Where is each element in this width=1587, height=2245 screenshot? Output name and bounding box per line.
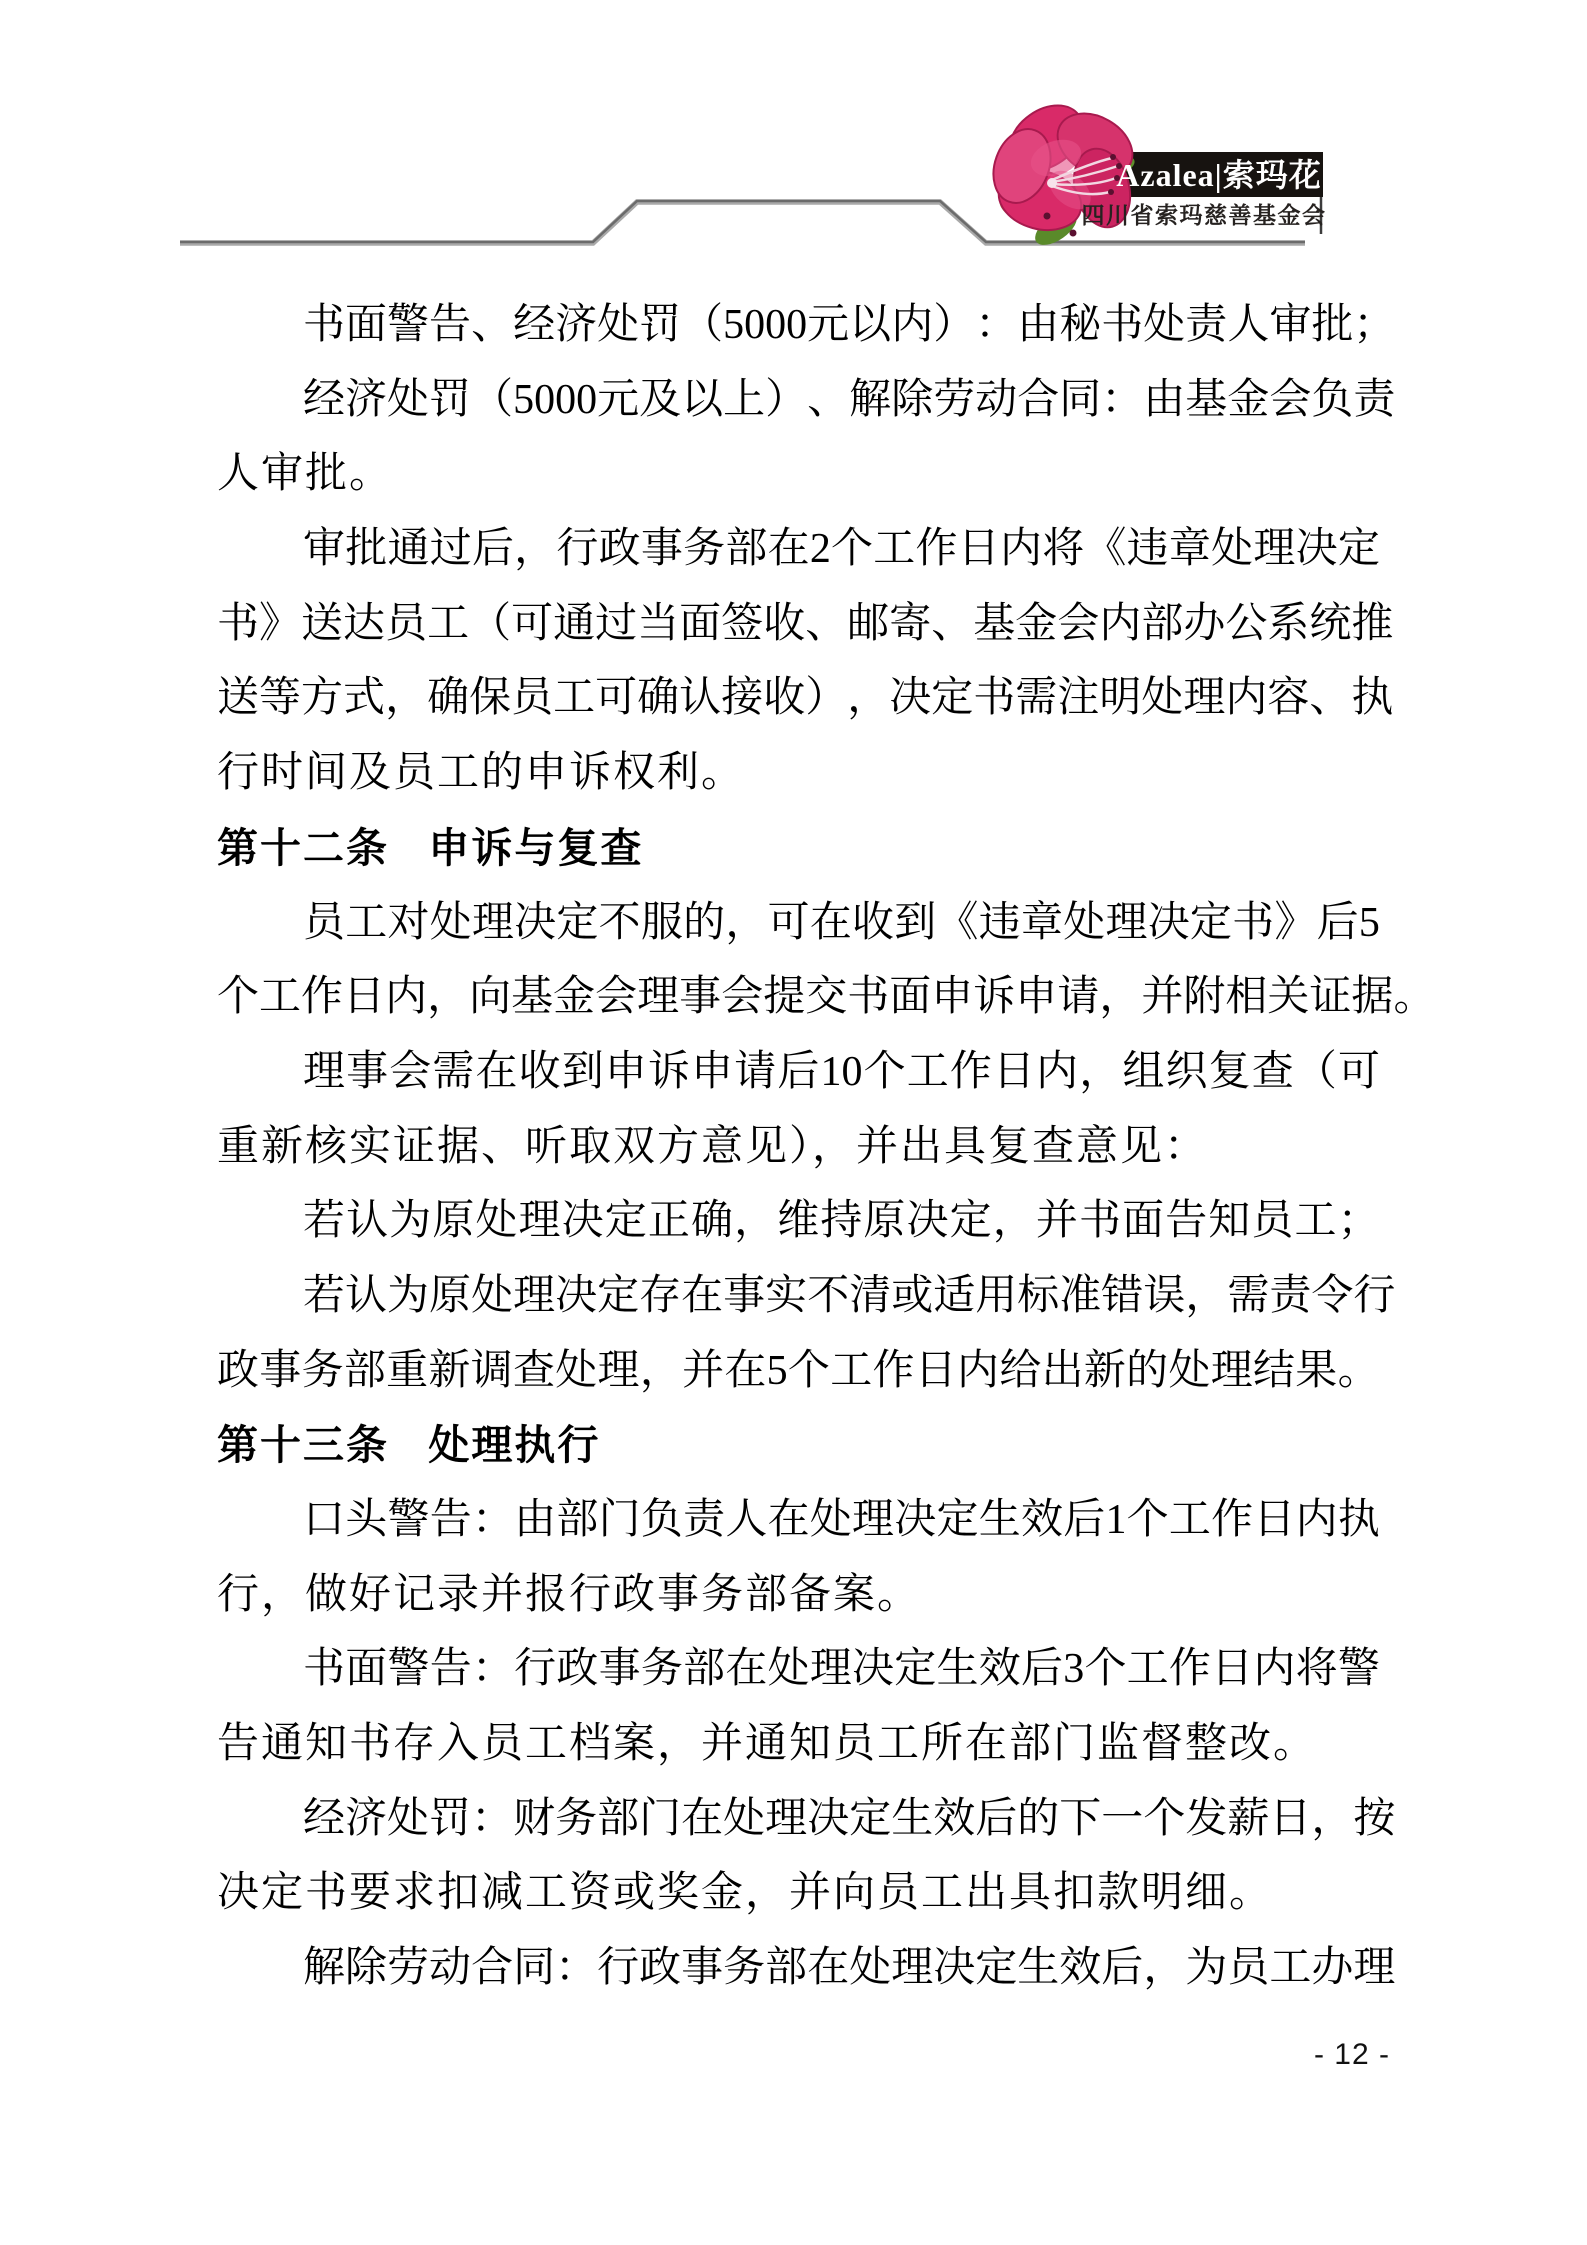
org-name-text: 四川省索玛慈善基金会 [1082,202,1327,228]
text-line: 个工作日内，向基金会理事会提交书面申诉申请，并附相关证据。 [217,960,1380,1035]
text-line: 行，做好记录并报行政事务部备案。 [217,1558,1380,1633]
page-header: Azalea|索玛花 四川省索玛慈善基金会 [0,0,1587,270]
text-line: 书》送达员工（可通过当面签收、邮寄、基金会内部办公系统推 [217,587,1380,662]
text-line: 审批通过后，行政事务部在2个工作日内将《违章处理决定 [217,512,1380,587]
text-line: 员工对处理决定不服的，可在收到《违章处理决定书》后5 [217,886,1380,961]
org-logo: Azalea|索玛花 四川省索玛慈善基金会 [984,92,1327,251]
text-line: 若认为原处理决定存在事实不清或适用标准错误，需责令行 [217,1259,1380,1334]
text-line: 告通知书存入员工档案，并通知员工所在部门监督整改。 [217,1707,1380,1782]
text-line: 人审批。 [217,437,1380,512]
logo-banner-text: Azalea|索玛花 [1116,157,1321,193]
text-line: 经济处罚（5000元及以上）、解除劳动合同：由基金会负责 [217,363,1380,438]
page-number: - 12 - [1302,2038,1402,2072]
text-line: 送等方式，确保员工可确认接收），决定书需注明处理内容、执 [217,661,1380,736]
text-line: 政事务部重新调查处理，并在5个工作日内给出新的处理结果。 [217,1334,1380,1409]
text-line: 行时间及员工的申诉权利。 [217,736,1380,811]
text-line: 若认为原处理决定正确，维持原决定，并书面告知员工； [217,1184,1380,1259]
text-line: 解除劳动合同：行政事务部在处理决定生效后，为员工办理 [217,1931,1380,2006]
text-line: 书面警告、经济处罚（5000元以内）：由秘书处责人审批； [217,288,1380,363]
document-body: 书面警告、经济处罚（5000元以内）：由秘书处责人审批；经济处罚（5000元及以… [217,288,1380,2006]
text-line: 决定书要求扣减工资或奖金，并向员工出具扣款明细。 [217,1856,1380,1931]
text-line: 理事会需在收到申诉申请后10个工作日内，组织复查（可 [217,1035,1380,1110]
text-line: 重新核实证据、听取双方意见），并出具复查意见： [217,1110,1380,1185]
document-page: Azalea|索玛花 四川省索玛慈善基金会 书面警告、经济处罚（5000元以内）… [0,0,1587,2245]
text-line: 口头警告：由部门负责人在处理决定生效后1个工作日内执 [217,1483,1380,1558]
text-line: 经济处罚：财务部门在处理决定生效后的下一个发薪日，按 [217,1782,1380,1857]
text-line: 书面警告：行政事务部在处理决定生效后3个工作日内将警 [217,1632,1380,1707]
section-heading: 第十三条 处理执行 [217,1408,1380,1483]
section-heading: 第十二条 申诉与复查 [217,811,1380,886]
